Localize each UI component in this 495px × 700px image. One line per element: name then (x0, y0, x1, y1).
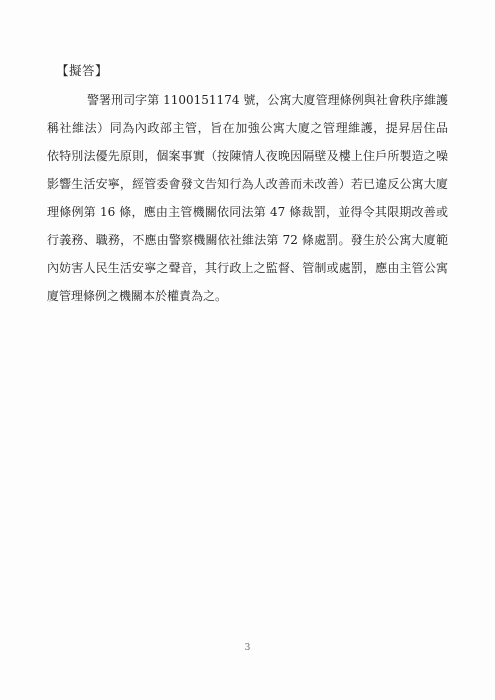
paragraph-line: 理條例第 16 條，應由主管機關依同法第 47 條裁罰，並得令其限期改善或履 (47, 198, 448, 226)
document-page: 【擬答】 警署刑司字第 1100151174 號，公寓大廈管理條例與社會秩序維護… (0, 0, 495, 700)
page-number: 3 (0, 642, 495, 654)
answer-paragraph: 警署刑司字第 1100151174 號，公寓大廈管理條例與社會秩序維護法（下稱社… (47, 86, 448, 310)
paragraph-line: 廈管理條例之機關本於權責為之。 (47, 282, 448, 310)
paragraph-line: 影響生活安寧，經管委會發文告知行為人改善而未改善）若已違反公寓大廈管 (47, 170, 448, 198)
answer-heading: 【擬答】 (56, 63, 108, 78)
paragraph-line: 內妨害人民生活安寧之聲音，其行政上之監督、管制或處罰，應由主管公寓大 (47, 254, 448, 282)
paragraph-line: 依特別法優先原則，個案事實（按陳情人夜晚因隔壁及樓上住戶所製造之噪音 (47, 142, 448, 170)
paragraph-line: 警署刑司字第 1100151174 號，公寓大廈管理條例與社會秩序維護法（下 (87, 86, 448, 114)
paragraph-line: 稱社維法）同為內政部主管，旨在加強公寓大廈之管理維護，提昇居住品質， (47, 114, 448, 142)
paragraph-line: 行義務、職務，不應由警察機關依社維法第 72 條處罰。發生於公寓大廈範圍 (47, 226, 448, 254)
